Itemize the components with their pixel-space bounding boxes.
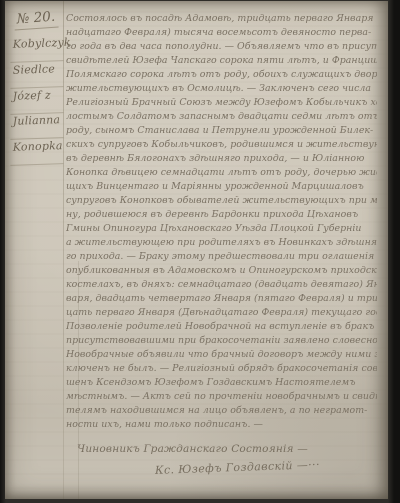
margin-entry-place: Siedlce <box>10 62 64 89</box>
record-line: Позволеніе родителей Новобрачной на всту… <box>66 320 377 334</box>
margin-rule-line <box>63 1 64 499</box>
margin-entry-groom-firstname: Józef z <box>10 88 64 115</box>
record-text-block: Состоялось въ посадѣ Адамовѣ, тридцать п… <box>66 12 377 436</box>
manuscript-paper: № 20. Kobylczyk Siedlce Józef z Julianna… <box>5 1 388 499</box>
record-line: присутствовавшими при бракосочетаніи зая… <box>66 334 377 348</box>
scanned-register-photo: № 20. Kobylczyk Siedlce Józef z Julianna… <box>0 0 400 503</box>
record-line: ну, родившеюся въ деревнѣ Бардонки прихо… <box>66 208 377 222</box>
margin-entry-groom-surname: Kobylczyk <box>10 36 64 63</box>
record-line: щихъ Винцентаго и Маріянны урожденной Ма… <box>66 180 377 194</box>
record-line: Конопка дѣвицею семнадцати лѣтъ отъ роду… <box>66 166 377 180</box>
record-line: Состоялось въ посадѣ Адамовѣ, тридцать п… <box>66 12 377 26</box>
record-line: цать перваго Января (Двѣнадцатаго Феврал… <box>66 306 377 320</box>
record-line: въ деревнѣ Бялогонахъ здѣшняго прихода, … <box>66 152 377 166</box>
record-line: мѣстнымъ. — Актъ сей по прочтеніи новобр… <box>66 390 377 404</box>
record-line: варя, двадцать четвертаго Января (пятаго… <box>66 292 377 306</box>
record-line: опубликованныя въ Адамовскомъ и Опиногур… <box>66 264 377 278</box>
record-line: жительствующихъ въ Осмолицѣ. — Заключенъ… <box>66 82 377 96</box>
record-line: го года въ два часа пополудни. — Объявля… <box>66 40 377 54</box>
record-line: Гмины Опиногура Цѣхановскаго Уѣзда Плоцк… <box>66 222 377 236</box>
civil-registrar-title: Чиновникъ Гражданскаго Состоянія — <box>77 443 308 455</box>
record-line: свидѣтелей Юзефа Чапскаго сорока пяти лѣ… <box>66 54 377 68</box>
record-line: надцатаго Февраля) тысяча восемьсотъ дев… <box>66 26 377 40</box>
record-line: скихъ супруговъ Кобыльчиковъ, родившимся… <box>66 138 377 152</box>
record-line: шенъ Ксендзомъ Юзефомъ Гоздавскимъ Насто… <box>66 376 377 390</box>
record-line: Новобрачные объявили что брачный договор… <box>66 348 377 362</box>
record-line: ключенъ не былъ. — Религіозный обрядъ бр… <box>66 362 377 376</box>
record-line: лостымъ Солдатомъ запаснымъ двадцати сед… <box>66 110 377 124</box>
record-line: а жительствующею при родителяхъ въ Новин… <box>66 236 377 250</box>
record-line: Полямскаго сорока лѣтъ отъ роду, обоихъ … <box>66 68 377 82</box>
record-line: роду, сыномъ Станислава и Петрунели урож… <box>66 124 377 138</box>
priest-signature: Кс. Юзефъ Гоздавскій —··· <box>155 458 320 477</box>
record-line: Религіозный Брачный Союзъ между Юзефомъ … <box>66 96 377 110</box>
margin-entry-bride-surname: Konopka <box>10 139 64 166</box>
record-line: костелахъ, въ дняхъ: семнадцатаго (двадц… <box>66 278 377 292</box>
act-number: № 20. <box>13 8 58 30</box>
margin-entry-bride-firstname: Julianna <box>10 113 64 140</box>
record-line: ности ихъ, нами только подписанъ. — <box>66 418 377 432</box>
record-line: супруговъ Конопковъ обывателей жительств… <box>66 194 377 208</box>
record-line: телямъ находившимся на лицо объявленъ, а… <box>66 404 377 418</box>
record-line: го прихода. — Браку этому предшествовали… <box>66 250 377 264</box>
